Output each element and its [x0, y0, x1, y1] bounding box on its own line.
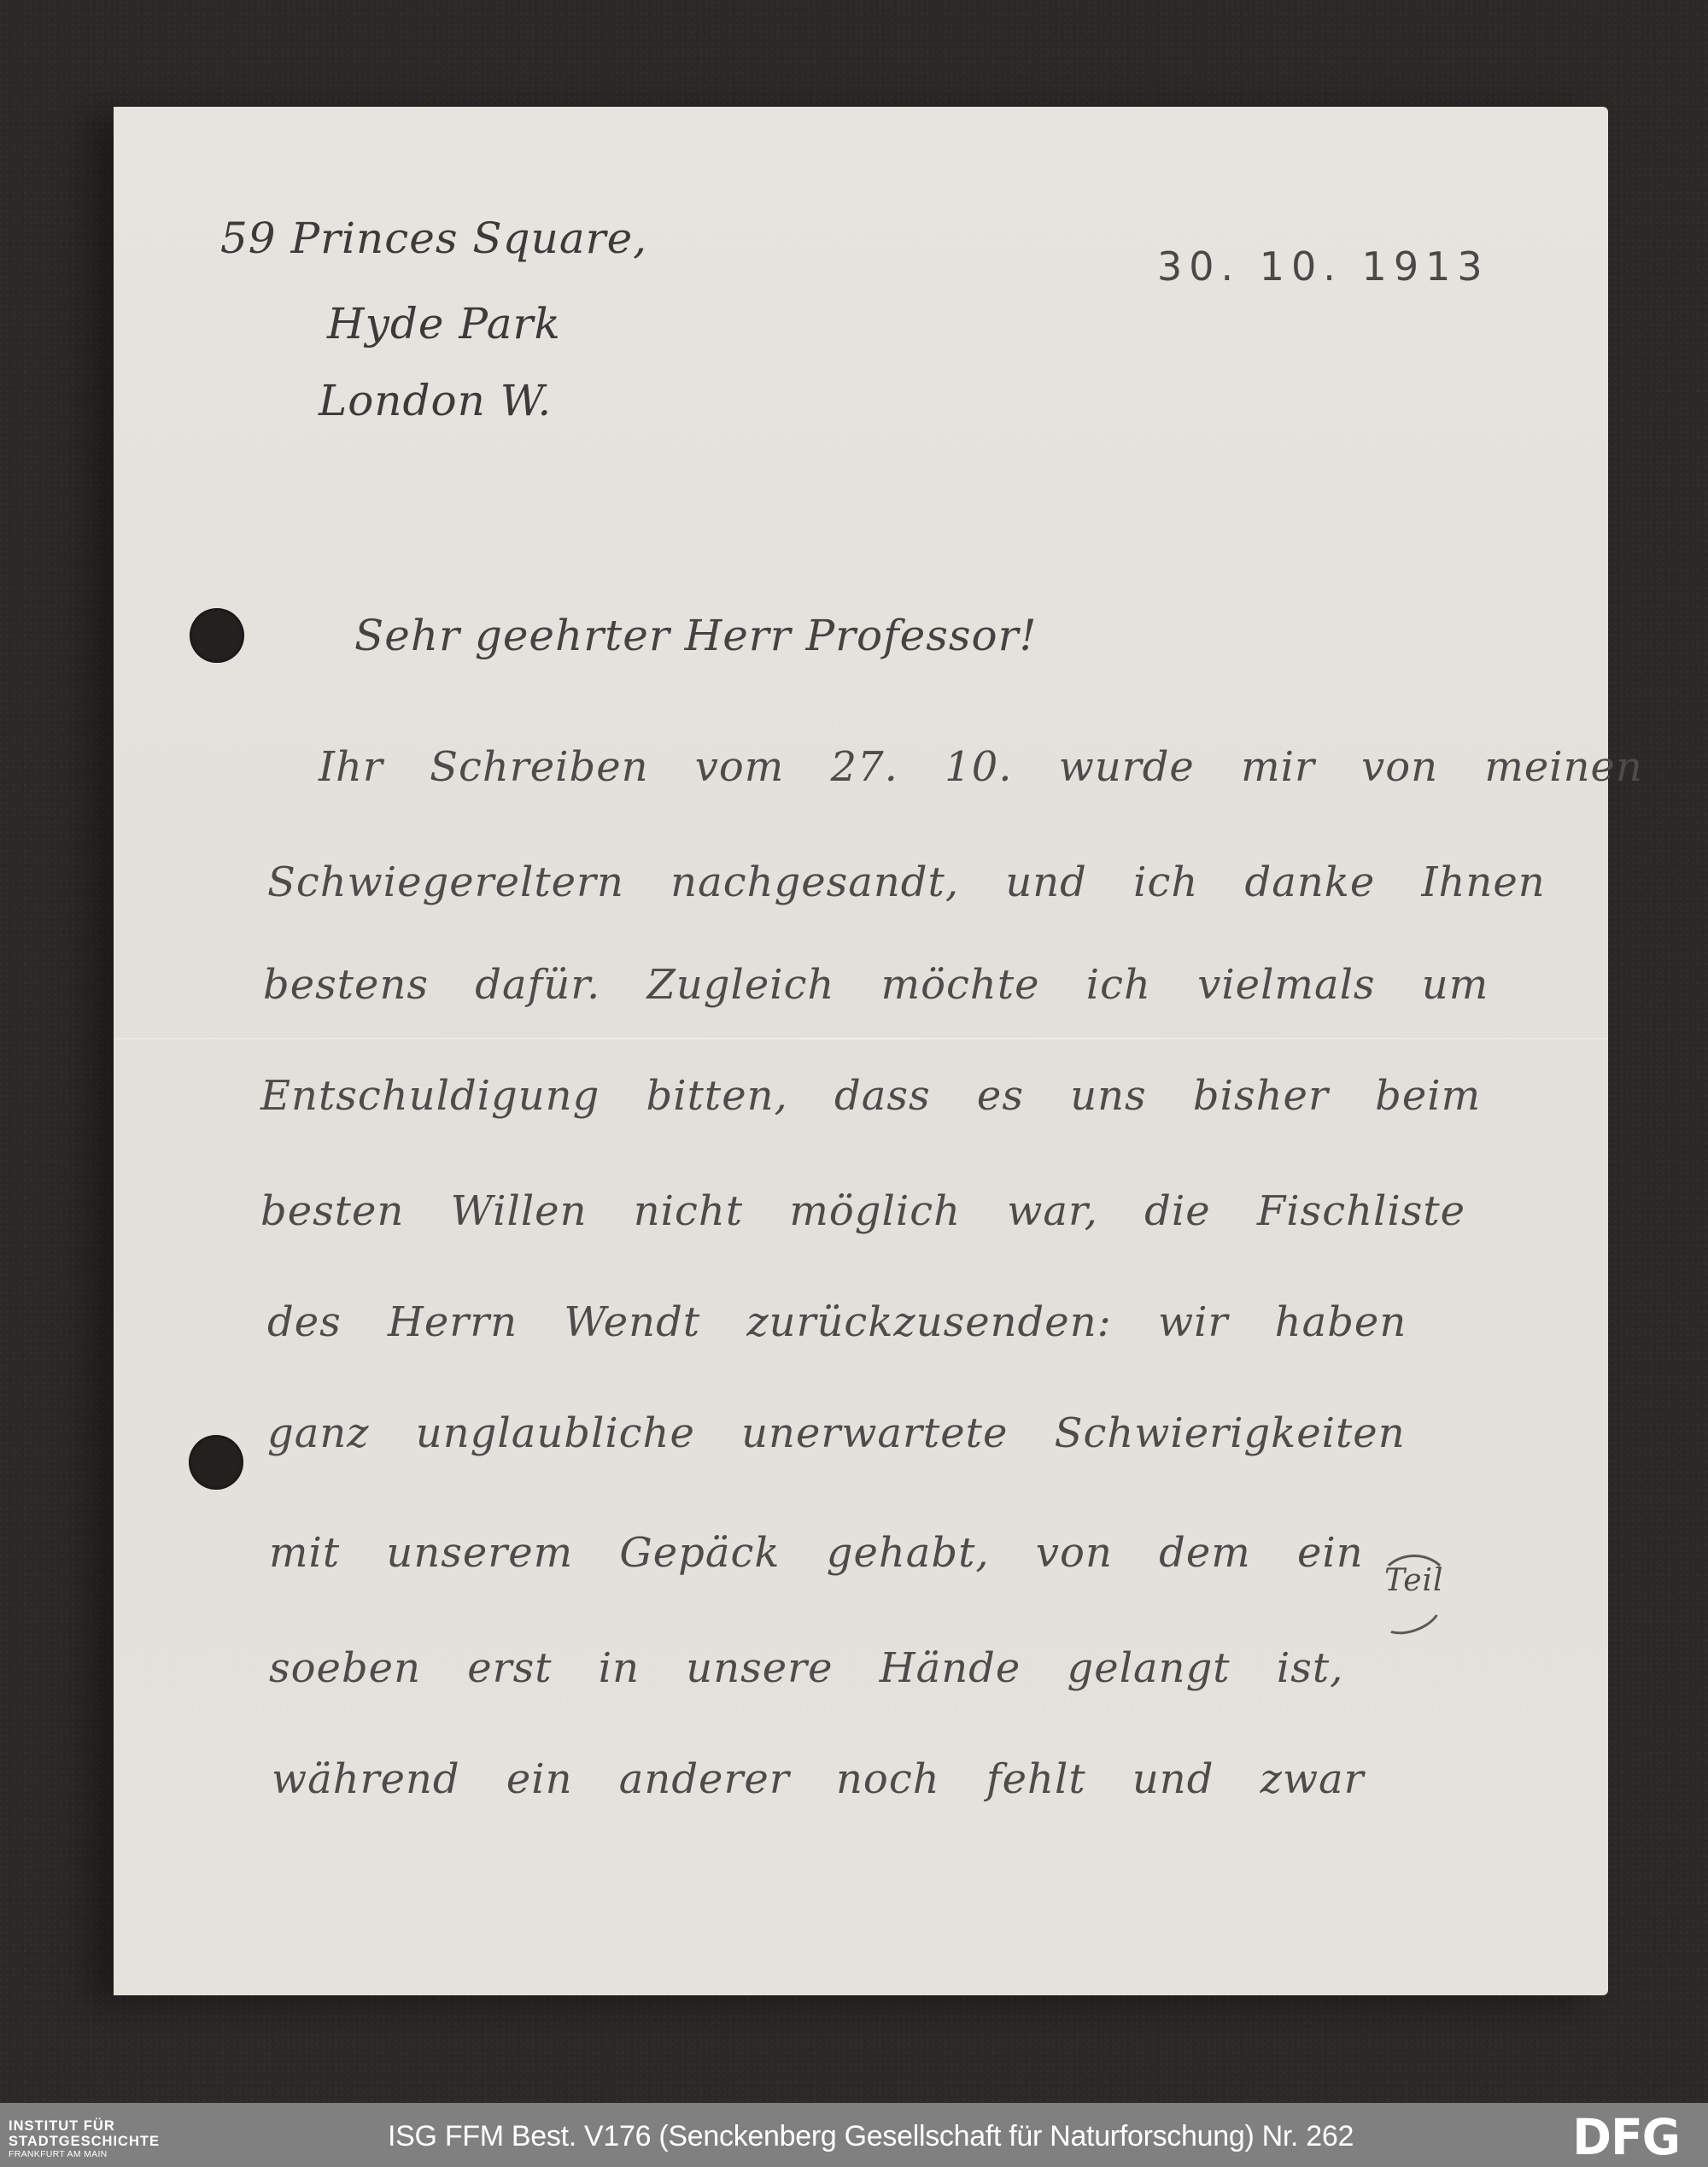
body-line-10: während ein anderer noch fehlt und zwar [272, 1755, 1365, 1803]
paper-fold-line [114, 1038, 1608, 1040]
letter-page: 59 Princes Square, Hyde Park London W. 3… [114, 107, 1608, 1995]
dfg-logo: DFG [1572, 2113, 1680, 2161]
body-line-5: besten Willen nicht möglich war, die Fis… [260, 1187, 1465, 1235]
salutation: Sehr geehrter Herr Professor! [354, 611, 1038, 660]
institute-name-line2: STADTGESCHICHTE [9, 2135, 160, 2149]
institute-name-line1: INSTITUT FÜR [9, 2119, 160, 2134]
archive-footer-band: INSTITUT FÜR STADTGESCHICHTE FRANKFURT A… [0, 2103, 1708, 2167]
address-line-district: Hyde Park [327, 299, 561, 348]
address-line-city: London W. [319, 376, 552, 425]
body-line-2: Schwiegereltern nachgesandt, und ich dan… [267, 858, 1546, 906]
punch-hole-top [190, 608, 244, 663]
body-line-1: Ihr Schreiben vom 27. 10. wurde mir von … [319, 743, 1643, 791]
institute-logo: INSTITUT FÜR STADTGESCHICHTE FRANKFURT A… [9, 2119, 160, 2159]
letter-date: 30. 10. 1913 [1157, 243, 1489, 290]
body-line-9: soeben erst in unsere Hände gelangt ist, [269, 1644, 1343, 1692]
address-line-street: 59 Princes Square, [220, 214, 647, 263]
body-line-3: bestens dafür. Zugleich möchte ich vielm… [263, 961, 1489, 1009]
body-line-4: Entschuldigung bitten, dass es uns bishe… [260, 1072, 1481, 1120]
archive-citation: ISG FFM Best. V176 (Senckenberg Gesellsc… [388, 2119, 1354, 2153]
body-line-7: ganz unglaubliche unerwartete Schwierigk… [267, 1409, 1406, 1457]
body-line-8: mit unserem Gepäck gehabt, von dem ein [269, 1529, 1364, 1577]
punch-hole-bottom [189, 1435, 243, 1490]
institute-location: FRANKFURT AM MAIN [9, 2150, 160, 2159]
body-line-6: des Herrn Wendt zurückzusenden: wir habe… [267, 1298, 1407, 1346]
